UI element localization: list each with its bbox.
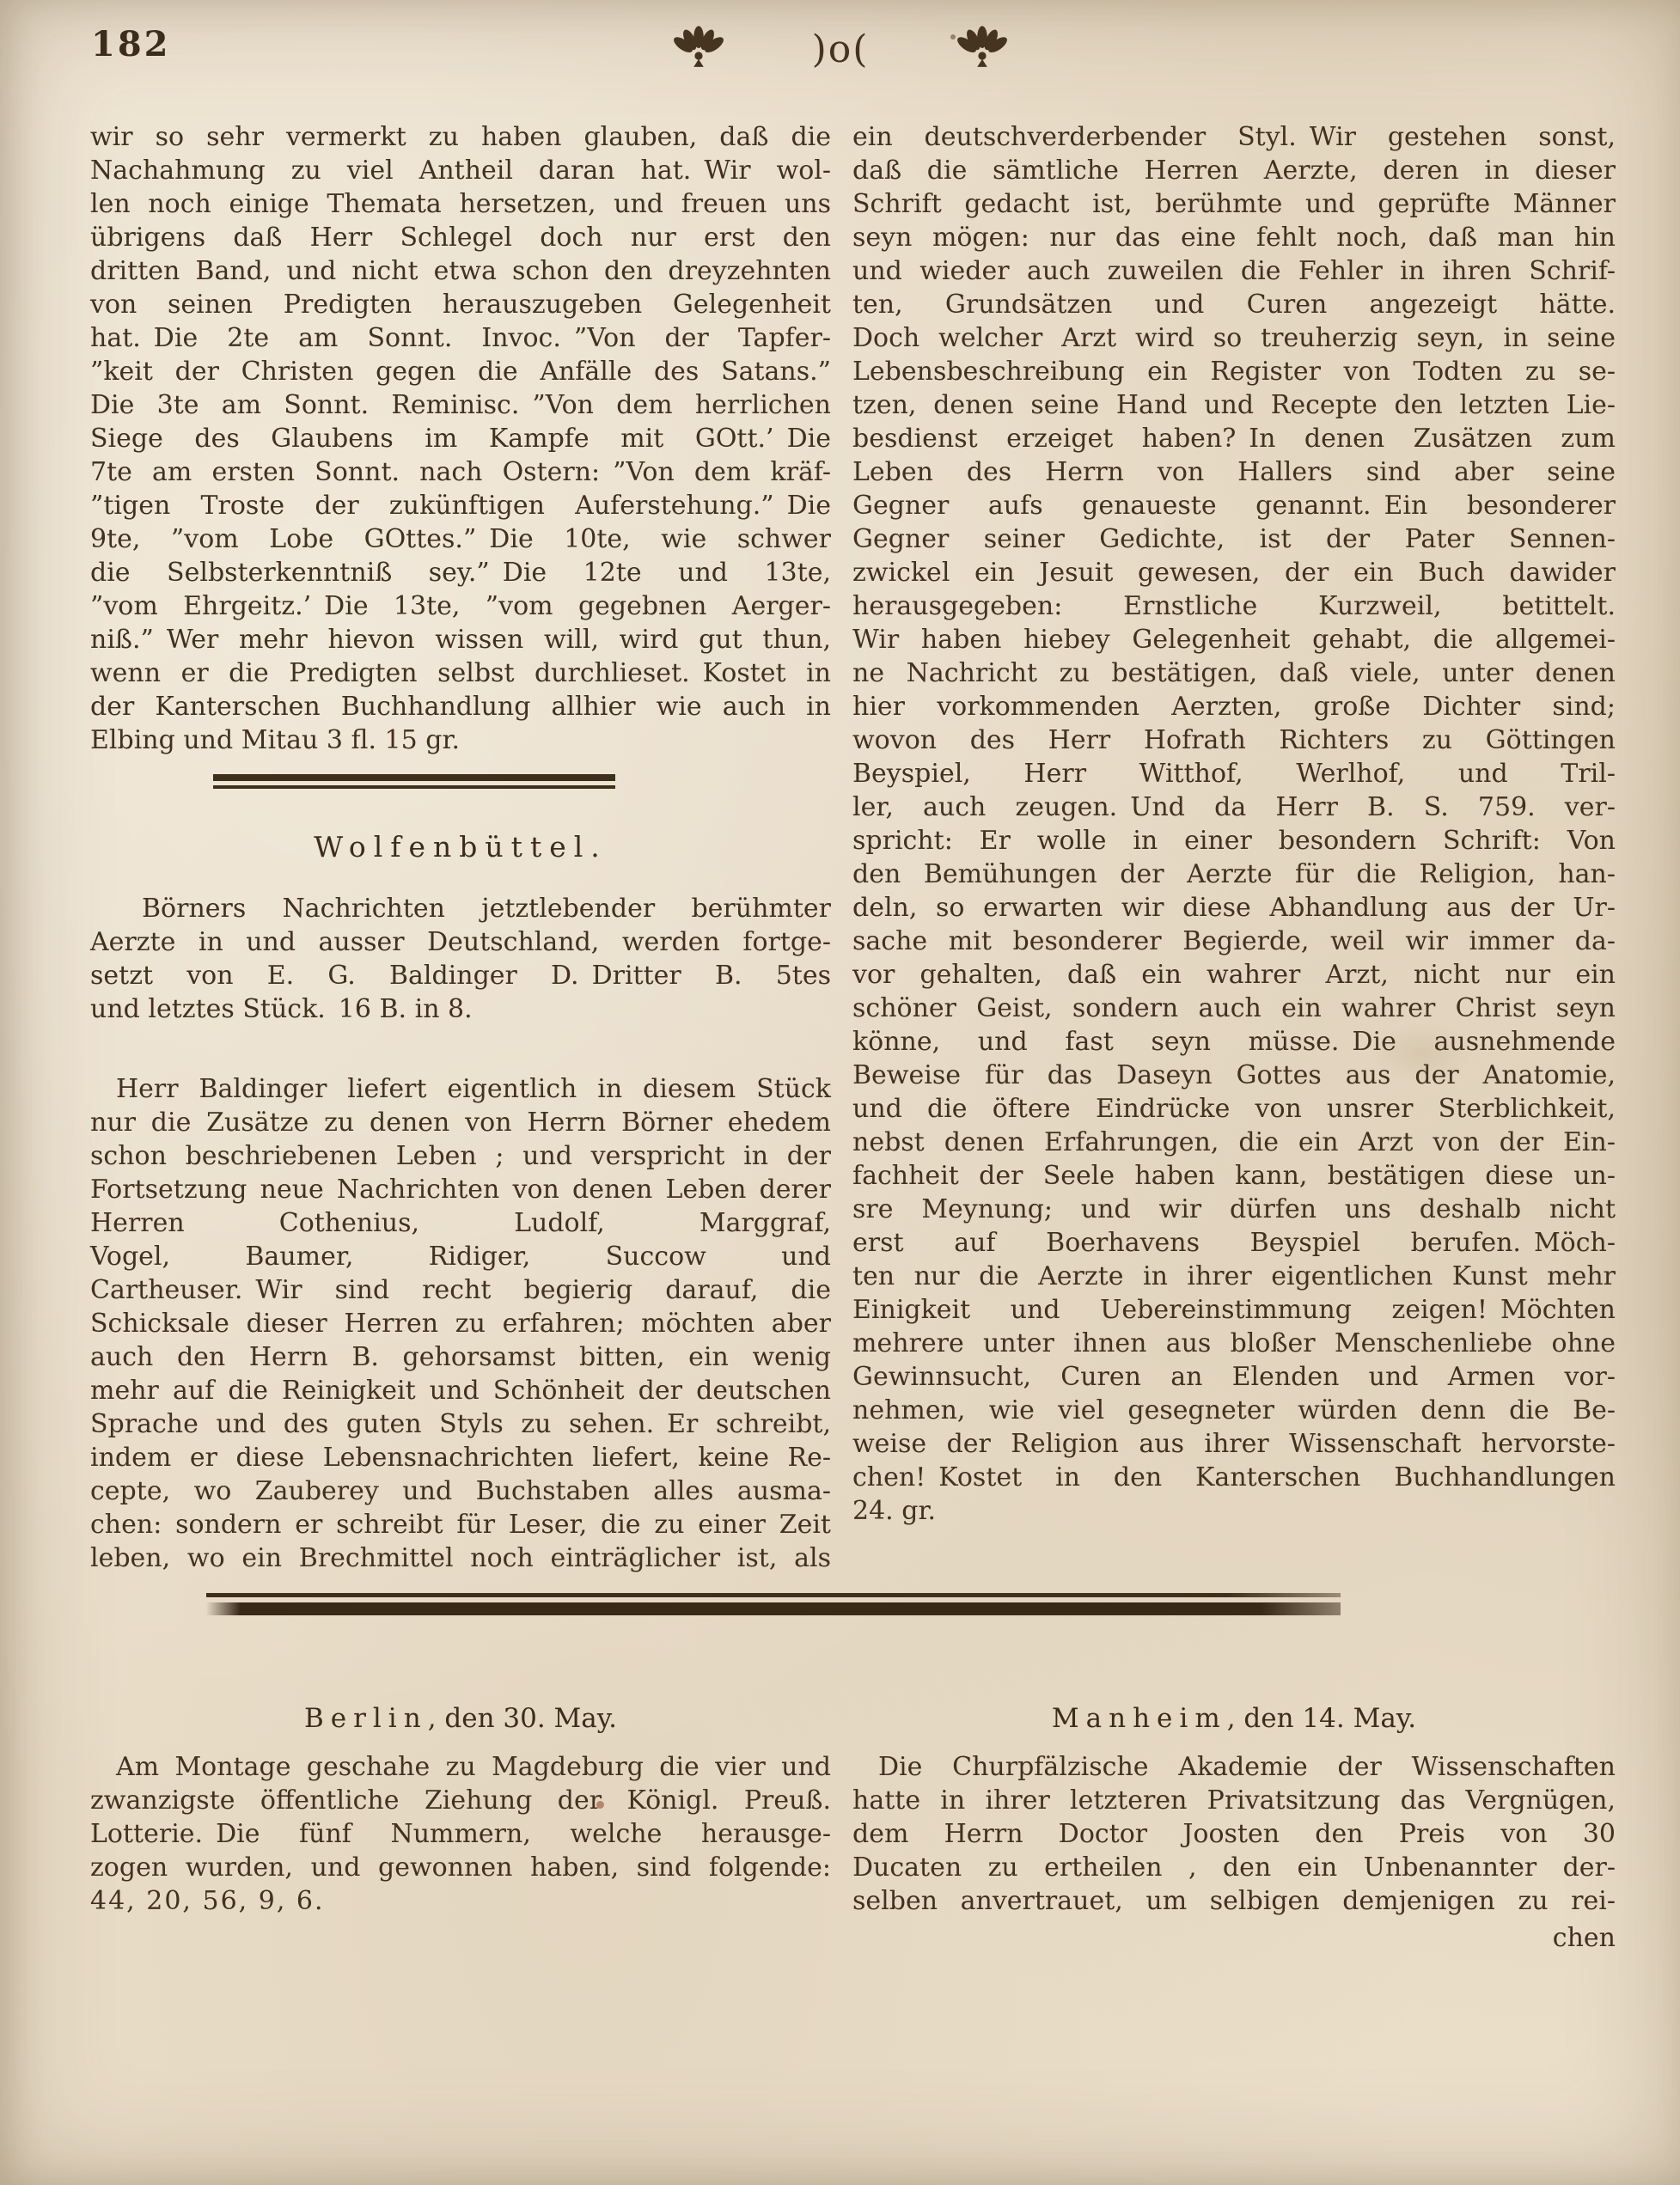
text-line: Leben des Herrn von Hallers sind aber se… xyxy=(852,455,1616,489)
text-line: chen! Kostet in den Kanterschen Buchhand… xyxy=(852,1461,1616,1494)
divider-ornament: )o( xyxy=(812,31,870,69)
text-line: ”keit der Christen gegen die Anfälle des… xyxy=(90,355,831,388)
text-line: Schicksale dieser Herren zu erfahren; mö… xyxy=(90,1307,831,1340)
text-line: deln, so erwarten wir diese Abhandlung a… xyxy=(852,891,1616,925)
text-line: ten nur die Aerzte in ihrer eigentlichen… xyxy=(852,1260,1616,1293)
news-city: Berlin xyxy=(304,1703,428,1734)
text-line: ne Nachricht zu bestätigen, daß viele, u… xyxy=(852,656,1616,690)
text-line: Schrift gedacht ist, berühmte und geprüf… xyxy=(852,187,1616,221)
text-line: Elbing und Mitau 3 fl. 15 gr. xyxy=(90,723,831,757)
text-line: Am Montage geschahe zu Magdeburg die vie… xyxy=(90,1750,831,1784)
rule-thick xyxy=(213,774,615,781)
text-line: besdienst erzeiget haben? In denen Zusät… xyxy=(852,422,1616,455)
page-number: 182 xyxy=(91,24,171,64)
catchword: chen xyxy=(852,1923,1616,1953)
text-line: nur die Zusätze zu denen von Herrn Börne… xyxy=(90,1106,831,1139)
text-line: ten, Grundsätzen und Curen angezeigt hät… xyxy=(852,288,1616,321)
text-line: sache mit besonderer Begierde, weil wir … xyxy=(852,925,1616,958)
text-line: vor gehalten, daß ein wahrer Arzt, nicht… xyxy=(852,958,1616,992)
rule-thick xyxy=(206,1602,1341,1615)
text-line: zwanzigste öffentliche Ziehung der König… xyxy=(90,1784,831,1817)
shell-ornament-icon xyxy=(672,25,725,71)
rule-thin xyxy=(206,1593,1341,1597)
text-line: hat. Die 2te am Sonnt. Invoc. ”Von der T… xyxy=(90,321,831,355)
text-line: könne, und fast seyn müsse. Die ausnehme… xyxy=(852,1025,1616,1059)
header-ornament-row: )o( xyxy=(672,21,1009,76)
text-line: Beweise für das Daseyn Gottes aus der An… xyxy=(852,1059,1616,1092)
text-line: Gegner seiner Gedichte, ist der Pater Se… xyxy=(852,522,1616,556)
text-line: schon beschriebenen Leben ; und verspric… xyxy=(90,1139,831,1173)
text-line: sre Meynung; und wir dürfen uns deshalb … xyxy=(852,1193,1616,1226)
news-city: Manheim xyxy=(1052,1703,1227,1734)
text-line: Fortsetzung neue Nachrichten von denen L… xyxy=(90,1173,831,1206)
paper-stain xyxy=(596,1801,604,1809)
rule-thin xyxy=(213,785,615,789)
left-column-review-body-text: Herr Baldinger liefert eigentlich in die… xyxy=(90,1072,831,1575)
text-line: Gegner aufs genaueste genannt. Ein beson… xyxy=(852,489,1616,522)
text-line: indem er diese Lebensnachrichten liefert… xyxy=(90,1441,831,1474)
news-date: , den 14. May. xyxy=(1227,1703,1416,1734)
text-line: ”tigen Troste der zukünftigen Auferstehu… xyxy=(90,489,831,522)
text-line: setzt von E. G. Baldinger D. Dritter B. … xyxy=(90,959,831,992)
text-line: weise der Religion aus ihrer Wissenschaf… xyxy=(852,1427,1616,1461)
text-line: und wieder auch zuweilen die Fehler in i… xyxy=(852,254,1616,288)
text-line: mehrere unter ihnen aus bloßer Menschenl… xyxy=(852,1327,1616,1360)
text-line: schöner Geist, sondern auch ein wahrer C… xyxy=(852,992,1616,1025)
text-line: 9te, ”vom Lobe GOttes.” Die 10te, wie sc… xyxy=(90,522,831,556)
text-line: herausgegeben: Ernstliche Kurzweil, beti… xyxy=(852,589,1616,623)
text-line: Vogel, Baumer, Ridiger, Succow und xyxy=(90,1240,831,1273)
news-manheim-text: Die Churpfälzische Akademie der Wissensc… xyxy=(852,1750,1616,1918)
text-line: ler, auch zeugen. Und da Herr B. S. 759.… xyxy=(852,790,1616,824)
text-line: ein deutschverderbender Styl. Wir gesteh… xyxy=(852,120,1616,154)
text-line: Gewinnsucht, Curen an Elenden und Armen … xyxy=(852,1360,1616,1394)
text-line: Lebensbeschreibung ein Register von Todt… xyxy=(852,355,1616,388)
text-line: Cartheuser. Wir sind recht begierig dara… xyxy=(90,1273,831,1307)
text-line: 24. gr. xyxy=(852,1494,1616,1528)
text-line: niß.” Wer mehr hievon wissen will, wird … xyxy=(90,623,831,656)
paper-stain xyxy=(950,34,956,40)
text-line: übrigens daß Herr Schlegel doch nur erst… xyxy=(90,221,831,254)
text-line: den Bemühungen der Aerzte für die Religi… xyxy=(852,858,1616,891)
news-date: , den 30. May. xyxy=(428,1703,617,1734)
news-heading-manheim: Manheim, den 14. May. xyxy=(852,1703,1616,1734)
text-line: len noch einige Themata hersetzen, und f… xyxy=(90,187,831,221)
text-line: Ducaten zu ertheilen , den ein Unbenannt… xyxy=(852,1851,1616,1884)
text-line: Sprache und des guten Styls zu sehen. Er… xyxy=(90,1407,831,1441)
text-line: mehr auf die Reinigkeit und Schönheit de… xyxy=(90,1374,831,1407)
text-line: seyn mögen: nur das eine fehlt noch, daß… xyxy=(852,221,1616,254)
text-line: Doch welcher Arzt wird so treuherzig sey… xyxy=(852,321,1616,355)
text-line: hier vorkommenden Aerzten, große Dichter… xyxy=(852,690,1616,723)
left-column-review-text: wir so sehr vermerkt zu haben glauben, d… xyxy=(90,120,831,757)
right-column-text: ein deutschverderbender Styl. Wir gesteh… xyxy=(852,120,1616,1528)
section-heading-wolfenbuettel: Wolfenbüttel. xyxy=(90,830,831,864)
text-line: der Kanterschen Buchhandlung allhier wie… xyxy=(90,690,831,723)
text-line: Nachahmung zu viel Antheil daran hat. Wi… xyxy=(90,154,831,187)
text-line: erst auf Boerhavens Beyspiel berufen. Mö… xyxy=(852,1226,1616,1260)
text-line: Einigkeit und Uebereinstimmung zeigen! M… xyxy=(852,1293,1616,1327)
text-line: zogen wurden, und gewonnen haben, sind f… xyxy=(90,1851,831,1884)
text-line: Wir haben hiebey Gelegenheit gehabt, die… xyxy=(852,623,1616,656)
section-divider-double-rule xyxy=(213,774,615,789)
news-heading-berlin: Berlin, den 30. May. xyxy=(90,1703,831,1734)
text-line: Herr Baldinger liefert eigentlich in die… xyxy=(90,1072,831,1106)
text-line: Beyspiel, Herr Witthof, Werlhof, und Tri… xyxy=(852,757,1616,790)
text-line: zwickel ein Jesuit gewesen, der ein Buch… xyxy=(852,556,1616,589)
text-line: 44, 20, 56, 9, 6. xyxy=(90,1884,831,1918)
text-line: wenn er die Predigten selbst durchlieset… xyxy=(90,656,831,690)
text-line: 7te am ersten Sonnt. nach Ostern: ”Von d… xyxy=(90,455,831,489)
text-line: Siege des Glaubens im Kampfe mit GOtt.’ … xyxy=(90,422,831,455)
text-line: daß die sämtliche Herren Aerzte, deren i… xyxy=(852,154,1616,187)
text-line: Die 3te am Sonnt. Reminisc. ”Von dem her… xyxy=(90,388,831,422)
left-column-bibliography-text: Börners Nachrichten jetztlebender berühm… xyxy=(90,892,831,1026)
scanned-journal-page: 182 )o( xyxy=(0,0,1680,2185)
text-line: tzen, denen seine Hand und Recepte den l… xyxy=(852,388,1616,422)
text-line: und die öftere Eindrücke von unsrer Ster… xyxy=(852,1092,1616,1126)
text-line: nehmen, wie viel gesegneter würden denn … xyxy=(852,1394,1616,1427)
text-line: spricht: Er wolle in einer besondern Sch… xyxy=(852,824,1616,858)
text-line: Aerzte in und ausser Deutschland, werden… xyxy=(90,925,831,959)
text-line: hatte in ihrer letzteren Privatsitzung d… xyxy=(852,1784,1616,1817)
text-line: dem Herrn Doctor Joosten den Preis von 3… xyxy=(852,1817,1616,1851)
text-line: die Selbsterkenntniß sey.” Die 12te und … xyxy=(90,556,831,589)
text-line: fachheit der Seele haben kann, bestätige… xyxy=(852,1159,1616,1193)
text-line: auch den Herrn B. gehorsamst bitten, ein… xyxy=(90,1340,831,1374)
text-line: Herren Cothenius, Ludolf, Marggraf, xyxy=(90,1206,831,1240)
text-line: nebst denen Erfahrungen, die ein Arzt vo… xyxy=(852,1126,1616,1159)
text-line: leben, wo ein Brechmittel noch einträgli… xyxy=(90,1541,831,1575)
text-line: wovon des Herr Hofrath Richters zu Götti… xyxy=(852,723,1616,757)
shell-ornament-icon xyxy=(956,25,1009,71)
text-line: cepte, wo Zauberey und Buchstaben alles … xyxy=(90,1474,831,1508)
page-section-divider-bar xyxy=(206,1593,1341,1615)
text-line: ”vom Ehrgeitz.’ Die 13te, ”vom gegebnen … xyxy=(90,589,831,623)
text-line: von seinen Predigten herauszugeben Geleg… xyxy=(90,288,831,321)
text-line: und letztes Stück. 16 B. in 8. xyxy=(90,992,831,1026)
text-line: selben anvertrauet, um selbigen demjenig… xyxy=(852,1884,1616,1918)
paper-stain xyxy=(1371,1022,1474,1083)
text-line: Börners Nachrichten jetztlebender berühm… xyxy=(90,892,831,925)
text-line: Lotterie. Die fünf Nummern, welche herau… xyxy=(90,1817,831,1851)
text-line: dritten Band, und nicht etwa schon den d… xyxy=(90,254,831,288)
text-line: chen: sondern er schreibt für Leser, die… xyxy=(90,1508,831,1541)
text-line: Die Churpfälzische Akademie der Wissensc… xyxy=(852,1750,1616,1784)
text-line: wir so sehr vermerkt zu haben glauben, d… xyxy=(90,120,831,154)
news-berlin-text: Am Montage geschahe zu Magdeburg die vie… xyxy=(90,1750,831,1918)
